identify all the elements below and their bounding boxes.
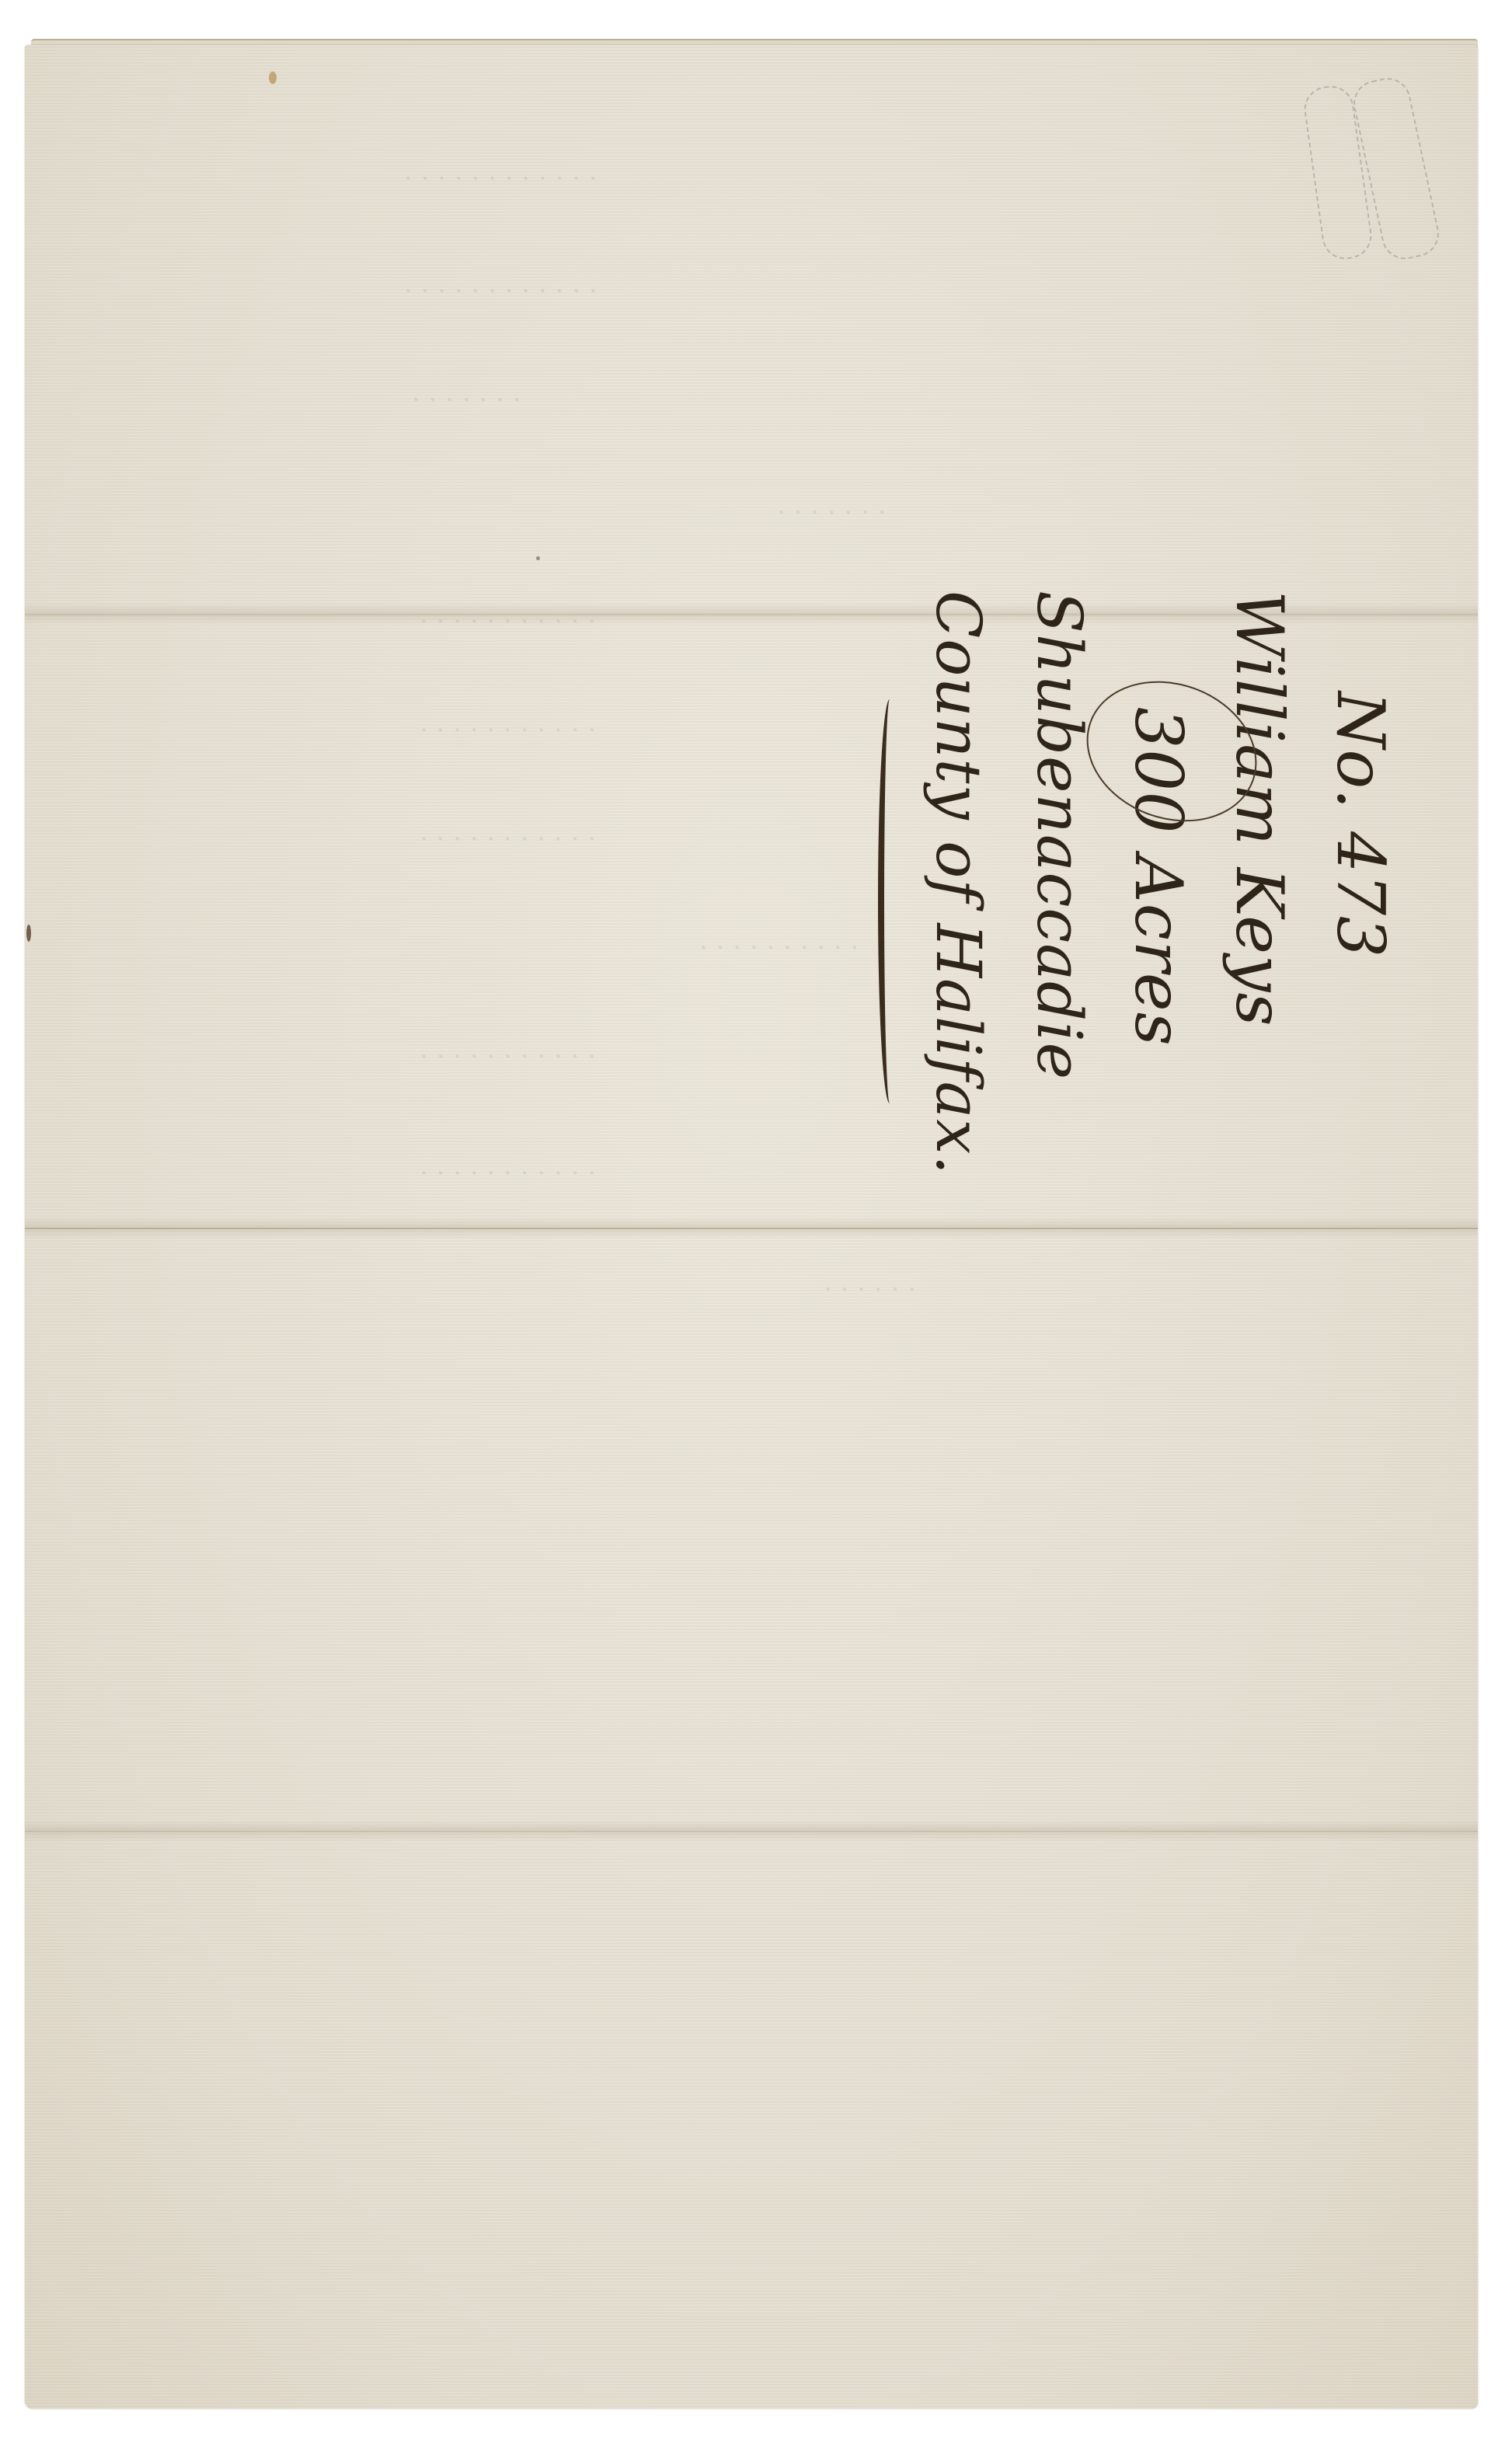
grantee-name: William Keys	[1221, 591, 1298, 1027]
county-name: County of Halifax.	[922, 591, 995, 1176]
place-name: Shubenaccadie	[1023, 591, 1096, 1080]
pen-flourish-underline	[878, 699, 901, 1103]
bleed-through-line: · · · · · · ·	[412, 385, 521, 416]
fold-line-lower	[25, 1831, 1478, 1832]
bleed-through-line: · · · · · · · · · · · ·	[404, 276, 597, 307]
bleed-through-line: · · · · · · · · · · ·	[420, 1041, 596, 1072]
bleed-through-line: · · · · · · ·	[777, 497, 887, 528]
foxing-stain	[269, 71, 277, 84]
bleed-through-line: · · · · · · · · · ·	[699, 932, 859, 963]
bleed-through-line: · · · · · ·	[824, 1274, 916, 1305]
edge-mark	[26, 925, 31, 942]
docket-inscription: No. 473 William Keys 300 Acres Shubenacc…	[870, 575, 1414, 1274]
bleed-through-line: · · · · · · · · · · ·	[420, 1158, 596, 1189]
ink-speck	[536, 556, 540, 560]
bleed-through-line: · · · · · · · · · · ·	[420, 824, 596, 855]
docket-number: No. 473	[1322, 692, 1399, 958]
bleed-through-line: · · · · · · · · · · · ·	[404, 163, 597, 194]
bleed-through-line: · · · · · · · · · · ·	[420, 715, 596, 746]
bleed-through-line: · · · · · · · · · · ·	[420, 606, 596, 637]
